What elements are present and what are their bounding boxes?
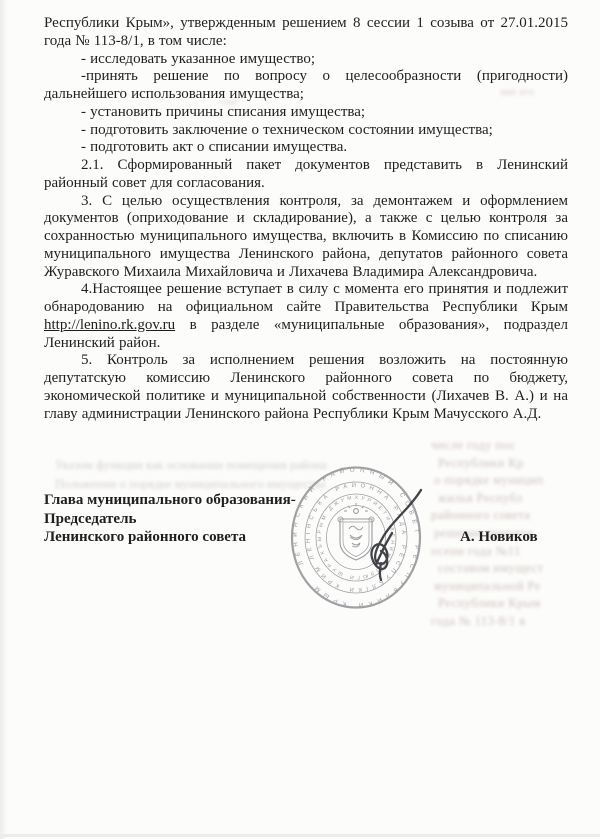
- paragraph-4-url-text: http://lenino.rk.gov.ru: [44, 317, 175, 333]
- scan-edge-left: [0, 0, 7, 839]
- bleedthrough-line: года № 113-8/1 в: [431, 613, 600, 631]
- paragraph-intro: Республики Крым», утвержденным решением …: [44, 15, 568, 51]
- bleedthrough-line: муниципальной Ре: [431, 578, 600, 596]
- list-item-5: - подготовить акт о списании имущества.: [44, 139, 568, 157]
- bleedthrough-line: жилья Республ: [431, 490, 600, 508]
- bleedthrough-line: Республики Крым: [431, 595, 600, 613]
- paragraph-4-text-before: 4.Настоящее решение вступает в силу с мо…: [44, 281, 568, 315]
- paragraph-2-1: 2.1. Сформированный пакет документов пре…: [44, 157, 568, 193]
- bleedthrough-line: районного совета: [431, 507, 600, 525]
- handwritten-signature: [288, 463, 448, 613]
- bleedthrough-line: составом имущест: [431, 560, 600, 578]
- list-item-3: - установить причины списания имущества;: [44, 104, 568, 122]
- scan-edge-bottom: [0, 834, 600, 837]
- paragraph-5: 5. Контроль за исполнением решения возло…: [44, 352, 568, 423]
- list-item-1: - исследовать указанное имущество;: [44, 51, 568, 69]
- bleedthrough-line: о порядке муницип: [431, 472, 600, 490]
- paragraph-4: 4.Настоящее решение вступает в силу с мо…: [44, 281, 568, 352]
- signer-name: А. Новиков: [460, 529, 538, 546]
- list-item-4: - подготовить заключение о техническом с…: [44, 122, 568, 140]
- scanned-document-page: Указом функции как основании помещения р…: [0, 0, 600, 839]
- bleedthrough-line: числе году пос: [431, 437, 600, 455]
- paragraph-3: 3. С целью осуществления контроля, за де…: [44, 193, 568, 282]
- bleedthrough-line: Республики Кр: [431, 455, 600, 473]
- list-item-2: -принять решение по вопросу о целесообра…: [44, 68, 568, 104]
- document-body: Республики Крым», утвержденным решением …: [44, 15, 568, 423]
